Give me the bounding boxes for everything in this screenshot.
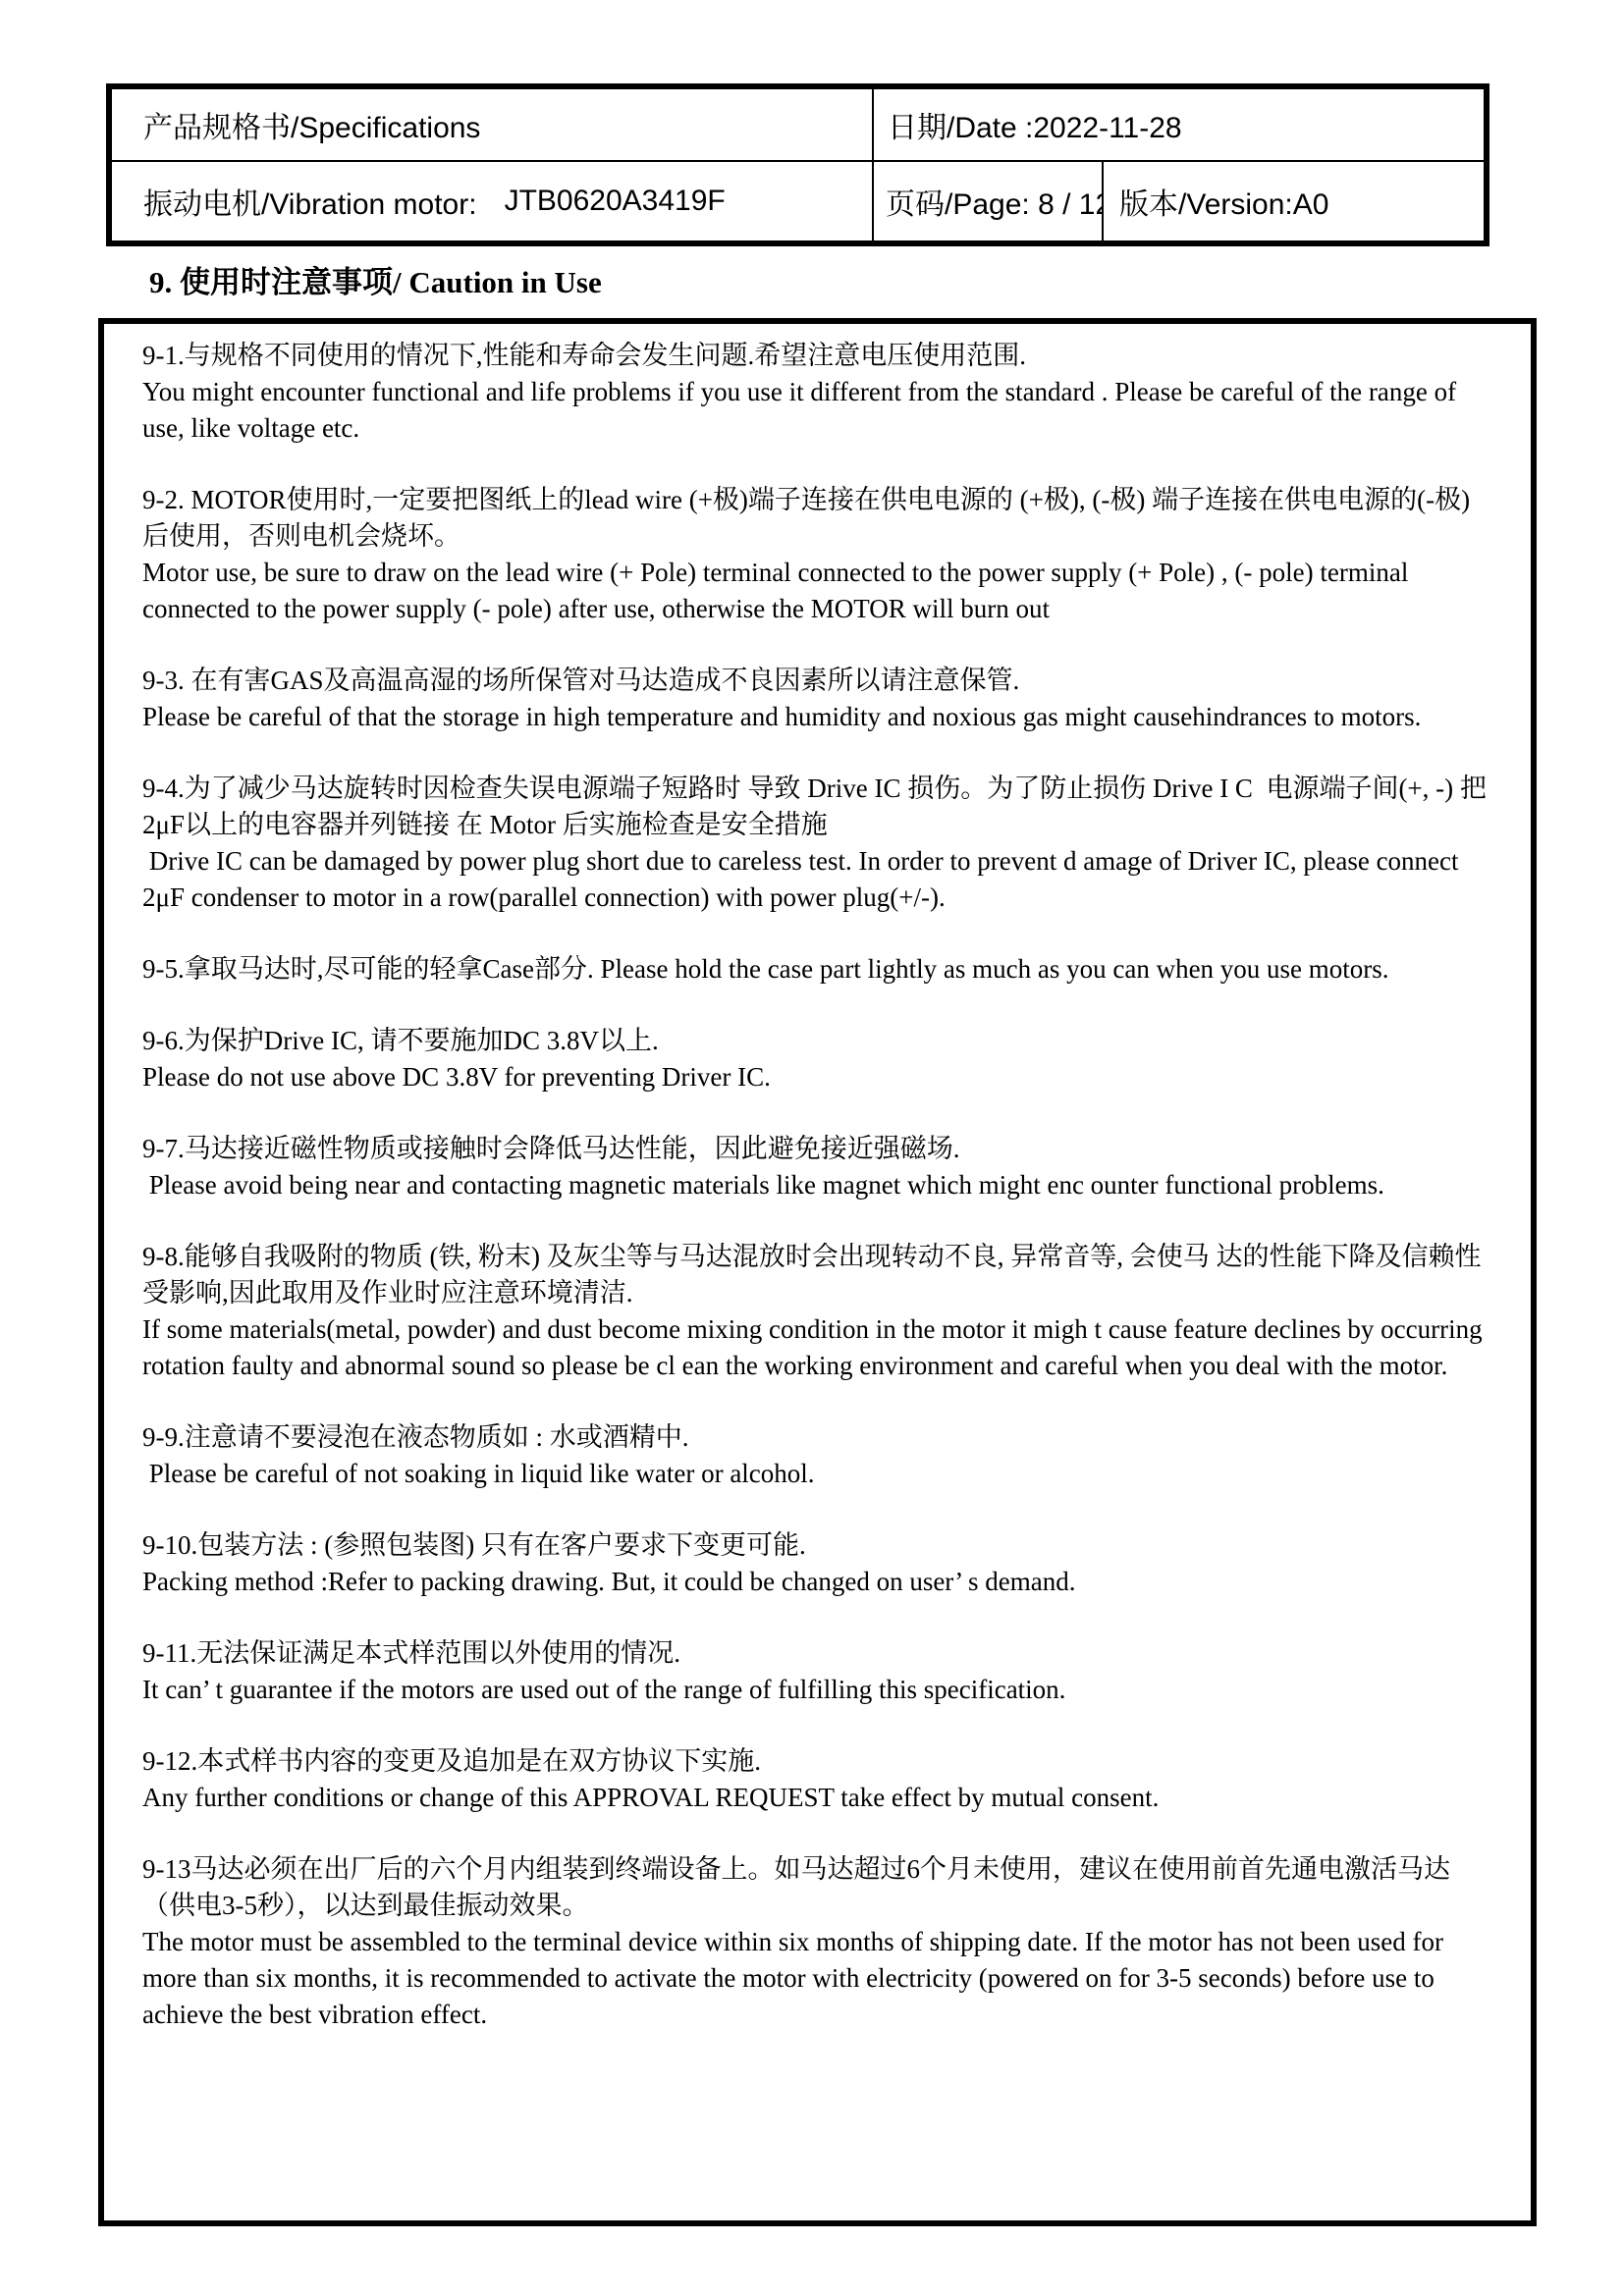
- caution-item-9-7: 9-7.马达接近磁性物质或接触时会降低马达性能，因此避免接近强磁场. Pleas…: [142, 1131, 1495, 1203]
- caution-text: 9-4.为了减少马达旋转时因检查失误电源端子短路时 导致 Drive IC 损伤…: [142, 771, 1495, 843]
- caution-text: 9-12.本式样书内容的变更及追加是在双方协议下实施.: [142, 1743, 1495, 1780]
- caution-text: If some materials(metal, powder) and dus…: [142, 1311, 1495, 1384]
- caution-text: 9-10.包装方法 : (参照包装图) 只有在客户要求下变更可能.: [142, 1527, 1495, 1564]
- motor-model: JTB0620A3419F: [505, 185, 726, 218]
- caution-text: Drive IC can be damaged by power plug sh…: [142, 843, 1495, 916]
- motor-label: 振动电机/Vibration motor:: [143, 180, 477, 223]
- version-field: 版本/Version:A0: [1102, 162, 1484, 240]
- section-title: 9. 使用时注意事项/ Caution in Use: [149, 257, 602, 301]
- caution-text: It can’ t guarantee if the motors are us…: [142, 1672, 1495, 1708]
- caution-text: Any further conditions or change of this…: [142, 1780, 1495, 1816]
- caution-item-9-8: 9-8.能够自我吸附的物质 (铁, 粉末) 及灰尘等与马达混放时会出现转动不良,…: [142, 1239, 1495, 1384]
- header-table: 产品规格书/Specifications 日期/Date :2022-11-28…: [106, 83, 1489, 246]
- caution-list: 9-1.与规格不同使用的情况下,性能和寿命会发生问题.希望注意电压使用范围.Yo…: [98, 318, 1537, 2226]
- caution-text: 9-13马达必须在出厂后的六个月内组装到终端设备上。如马达超过6个月未使用，建议…: [142, 1851, 1495, 1924]
- caution-text: Please be careful of not soaking in liqu…: [142, 1456, 1495, 1492]
- caution-text: 9-1.与规格不同使用的情况下,性能和寿命会发生问题.希望注意电压使用范围.: [142, 338, 1495, 374]
- caution-text: Please avoid being near and contacting m…: [142, 1167, 1495, 1203]
- caution-text: 9-5.拿取马达时,尽可能的轻拿Case部分. Please hold the …: [142, 951, 1495, 988]
- spec-title: 产品规格书/Specifications: [112, 89, 872, 160]
- caution-item-9-4: 9-4.为了减少马达旋转时因检查失误电源端子短路时 导致 Drive IC 损伤…: [142, 771, 1495, 916]
- caution-text: 9-2. MOTOR使用时,一定要把图纸上的lead wire (+极)端子连接…: [142, 482, 1495, 555]
- caution-text: 9-3. 在有害GAS及高温高湿的场所保管对马达造成不良因素所以请注意保管.: [142, 663, 1495, 699]
- caution-text: Motor use, be sure to draw on the lead w…: [142, 555, 1495, 627]
- caution-item-9-2: 9-2. MOTOR使用时,一定要把图纸上的lead wire (+极)端子连接…: [142, 482, 1495, 627]
- caution-text: The motor must be assembled to the termi…: [142, 1924, 1495, 2033]
- caution-text: 9-9.注意请不要浸泡在液态物质如 : 水或酒精中.: [142, 1419, 1495, 1456]
- caution-item-9-3: 9-3. 在有害GAS及高温高湿的场所保管对马达造成不良因素所以请注意保管.Pl…: [142, 663, 1495, 735]
- page-field: 页码/Page: 8 / 12: [872, 162, 1102, 240]
- motor-field: 振动电机/Vibration motor: JTB0620A3419F: [112, 162, 872, 240]
- caution-text: You might encounter functional and life …: [142, 374, 1495, 447]
- caution-item-9-1: 9-1.与规格不同使用的情况下,性能和寿命会发生问题.希望注意电压使用范围.Yo…: [142, 338, 1495, 447]
- caution-text: Please be careful of that the storage in…: [142, 699, 1495, 735]
- caution-text: 9-7.马达接近磁性物质或接触时会降低马达性能，因此避免接近强磁场.: [142, 1131, 1495, 1167]
- caution-text: 9-8.能够自我吸附的物质 (铁, 粉末) 及灰尘等与马达混放时会出现转动不良,…: [142, 1239, 1495, 1311]
- caution-text: 9-11.无法保证满足本式样范围以外使用的情况.: [142, 1635, 1495, 1672]
- caution-item-9-11: 9-11.无法保证满足本式样范围以外使用的情况.It can’ t guaran…: [142, 1635, 1495, 1708]
- header-row-1: 产品规格书/Specifications 日期/Date :2022-11-28: [112, 89, 1484, 162]
- caution-text: Please do not use above DC 3.8V for prev…: [142, 1059, 1495, 1095]
- caution-item-9-10: 9-10.包装方法 : (参照包装图) 只有在客户要求下变更可能.Packing…: [142, 1527, 1495, 1600]
- header-row-2: 振动电机/Vibration motor: JTB0620A3419F 页码/P…: [112, 162, 1484, 240]
- date-field: 日期/Date :2022-11-28: [872, 89, 1484, 160]
- caution-item-9-9: 9-9.注意请不要浸泡在液态物质如 : 水或酒精中. Please be car…: [142, 1419, 1495, 1492]
- caution-text: Packing method :Refer to packing drawing…: [142, 1564, 1495, 1600]
- caution-item-9-13: 9-13马达必须在出厂后的六个月内组装到终端设备上。如马达超过6个月未使用，建议…: [142, 1851, 1495, 2033]
- caution-item-9-5: 9-5.拿取马达时,尽可能的轻拿Case部分. Please hold the …: [142, 951, 1495, 988]
- caution-item-9-12: 9-12.本式样书内容的变更及追加是在双方协议下实施.Any further c…: [142, 1743, 1495, 1816]
- caution-text: 9-6.为保护Drive IC, 请不要施加DC 3.8V以上.: [142, 1023, 1495, 1059]
- caution-item-9-6: 9-6.为保护Drive IC, 请不要施加DC 3.8V以上.Please d…: [142, 1023, 1495, 1095]
